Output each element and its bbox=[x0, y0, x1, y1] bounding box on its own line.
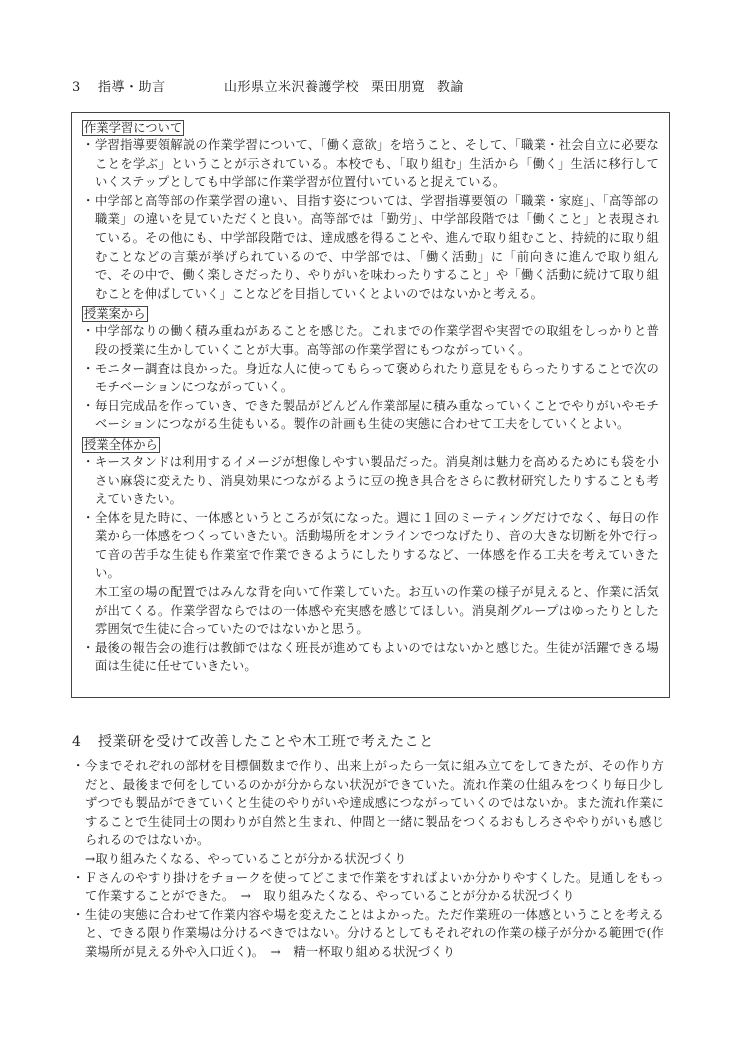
item-text: 全体を見た時に、一体感というところが気になった。週に１回のミーティングだけでなく… bbox=[95, 509, 659, 583]
group-jugyou-zentai: 授業全体から ・ キースタンドは利用するイメージが想像しやすい製品だった。消臭剤… bbox=[82, 434, 659, 676]
item-text: 中学部なりの働く積み重ねがあることを感じた。これまでの作業学習や実習での取組をし… bbox=[95, 322, 659, 359]
section-3-title: 指導・助言 bbox=[98, 76, 224, 95]
section-3-heading: 3指導・助言山形県立米沢養護学校栗田朋寛教諭 bbox=[72, 76, 464, 95]
list-item: ・ 全体を見た時に、一体感というところが気になった。週に１回のミーティングだけで… bbox=[82, 509, 659, 639]
bullet: ・ bbox=[72, 757, 84, 776]
item-text: 最後の報告会の進行は教師ではなく班長が進めてもよいのではないかと感じた。生徒が活… bbox=[95, 639, 659, 676]
bullet: ・ bbox=[72, 906, 84, 925]
item-text: 学習指導要領解説の作業学習について、「働く意欲」を培うこと、そして、「職業・社会… bbox=[95, 136, 659, 192]
section-3-number: 3 bbox=[72, 80, 98, 95]
list-item: ・ キースタンドは利用するイメージが想像しやすい製品だった。消臭剤は魅力を高める… bbox=[82, 453, 659, 509]
list-item: ・ モニター調査は良かった。身近な人に使ってもらって褒められたり意見をもらったり… bbox=[82, 360, 659, 397]
group-heading: 授業全体から bbox=[82, 437, 160, 453]
advisor-role: 教諭 bbox=[437, 76, 464, 95]
group-heading: 作業学習について bbox=[82, 120, 184, 136]
item-result: →取り組みたくなる、やっていることが分かる状況づくり bbox=[85, 850, 664, 869]
item-text: 今までそれぞれの部材を目標個数まで作り、出来上がったら一気に組み立てをしてきたが… bbox=[85, 757, 664, 850]
bullet: ・ bbox=[82, 639, 94, 658]
bullet: ・ bbox=[82, 509, 94, 528]
group-sagyou-gakushu: 作業学習について ・ 学習指導要領解説の作業学習について、「働く意欲」を培うこと… bbox=[82, 117, 659, 303]
item-text: 毎日完成品を作っていき、できた製品がどんどん作業部屋に積み重なっていくことでやり… bbox=[95, 397, 659, 434]
bullet: ・ bbox=[82, 397, 94, 416]
bullet: ・ bbox=[82, 136, 94, 155]
advice-box: 作業学習について ・ 学習指導要領解説の作業学習について、「働く意欲」を培うこと… bbox=[71, 112, 670, 698]
list-item: ・ 中学部なりの働く積み重ねがあることを感じた。これまでの作業学習や実習での取組… bbox=[82, 322, 659, 359]
item-text: 中学部と高等部の作業学習の違い、目指す姿については、学習指導要領の「職業・家庭」… bbox=[95, 192, 659, 304]
list-item: ・ 中学部と高等部の作業学習の違い、目指す姿については、学習指導要領の「職業・家… bbox=[82, 192, 659, 304]
list-item: ・ 生徒の実態に合わせて作業内容や場を変えたことはよかった。ただ作業班の一体感と… bbox=[72, 906, 664, 962]
bullet: ・ bbox=[82, 192, 94, 211]
item-text: キースタンドは利用するイメージが想像しやすい製品だった。消臭剤は魅力を高めるため… bbox=[95, 453, 659, 509]
section-4-title: 授業研を受けて改善したことや木工班で考えたこと bbox=[98, 734, 434, 750]
item-text: モニター調査は良かった。身近な人に使ってもらって褒められたり意見をもらったりする… bbox=[95, 360, 659, 397]
bullet: ・ bbox=[82, 322, 94, 341]
document-page: 3指導・助言山形県立米沢養護学校栗田朋寛教諭 作業学習について ・ 学習指導要領… bbox=[0, 0, 744, 1052]
school-name: 山形県立米沢養護学校 bbox=[224, 76, 359, 95]
group-jugyouan: 授業案から ・ 中学部なりの働く積み重ねがあることを感じた。これまでの作業学習や… bbox=[82, 303, 659, 434]
item-text: 生徒の実態に合わせて作業内容や場を変えたことはよかった。ただ作業班の一体感という… bbox=[85, 906, 664, 962]
list-item: ・ 今までそれぞれの部材を目標個数まで作り、出来上がったら一気に組み立てをしてき… bbox=[72, 757, 664, 869]
advisor-name: 栗田朋寛 bbox=[371, 76, 425, 95]
list-item: ・ 最後の報告会の進行は教師ではなく班長が進めてもよいのではないかと感じた。生徒… bbox=[82, 639, 659, 676]
section-4-heading: 4授業研を受けて改善したことや木工班で考えたこと bbox=[72, 731, 434, 751]
item-text: Ｆさんのやすり掛けをチョークを使ってどこまで作業をすればよいか分かりやすくした。… bbox=[85, 869, 664, 906]
list-item: ・ 学習指導要領解説の作業学習について、「働く意欲」を培うこと、そして、「職業・… bbox=[82, 136, 659, 192]
section-4-number: 4 bbox=[72, 734, 98, 750]
group-heading: 授業案から bbox=[82, 306, 148, 322]
bullet: ・ bbox=[82, 453, 94, 472]
list-item: ・ 毎日完成品を作っていき、できた製品がどんどん作業部屋に積み重なっていくことで… bbox=[82, 397, 659, 434]
bullet: ・ bbox=[82, 360, 94, 379]
list-item: ・ Ｆさんのやすり掛けをチョークを使ってどこまで作業をすればよいか分かりやすくし… bbox=[72, 869, 664, 906]
bullet: ・ bbox=[72, 869, 84, 888]
section-4-body: ・ 今までそれぞれの部材を目標個数まで作り、出来上がったら一気に組み立てをしてき… bbox=[72, 757, 664, 962]
item-continuation: 木工室の場の配置ではみんな背を向いて作業していた。お互いの作業の様子が見えると、… bbox=[95, 583, 659, 639]
